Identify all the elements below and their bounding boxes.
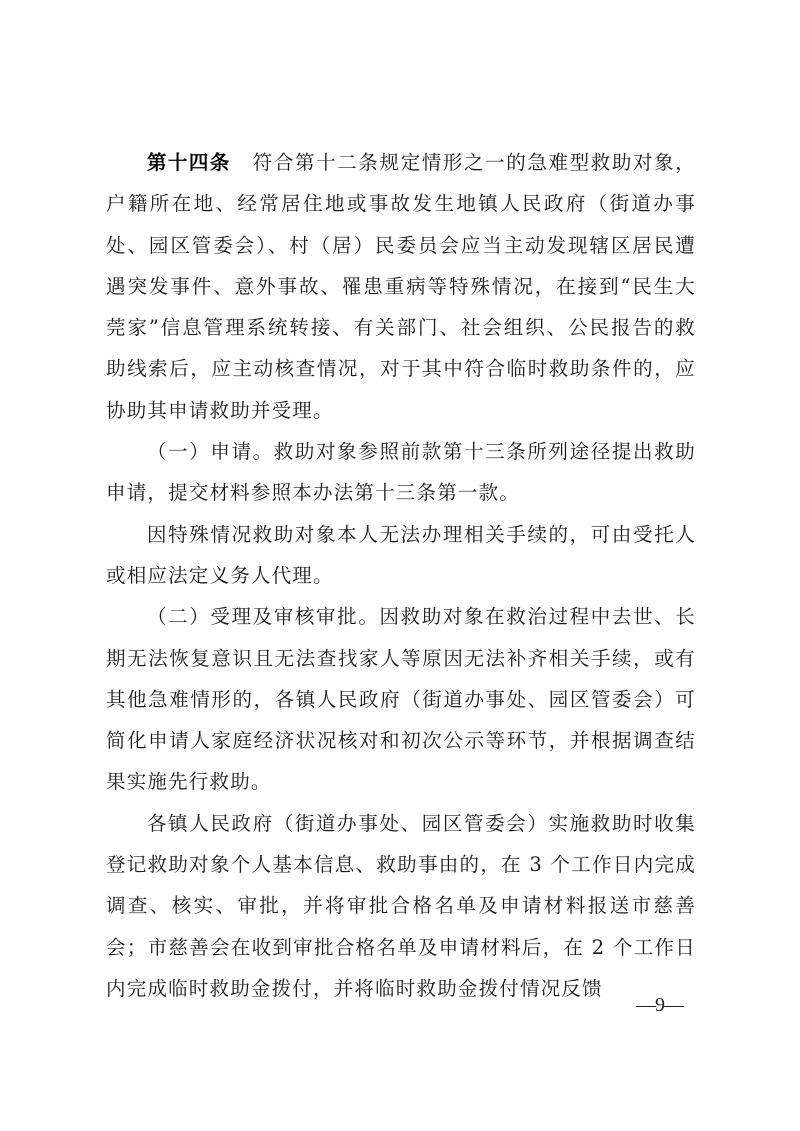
paragraph-review-approval: （二）受理及审核审批。因救助对象在救治过程中去世、长期无法恢复意识且无法查找家人… <box>106 596 696 802</box>
document-page: 第十四条符合第十二条规定情形之一的急难型救助对象，户籍所在地、经常居住地或事故发… <box>0 0 800 1131</box>
article-paragraph: 第十四条符合第十二条规定情形之一的急难型救助对象，户籍所在地、经常居住地或事故发… <box>106 142 696 431</box>
article-number: 第十四条 <box>147 151 231 174</box>
page-number: —9— <box>636 994 683 1017</box>
document-body: 第十四条符合第十二条规定情形之一的急难型救助对象，户籍所在地、经常居住地或事故发… <box>106 142 696 1009</box>
paragraph-implementation: 各镇人民政府（街道办事处、园区管委会）实施救助时收集登记救助对象个人基本信息、救… <box>106 803 696 1009</box>
paragraph-application: （一）申请。救助对象参照前款第十三条所列途径提出救助申请，提交材料参照本办法第十… <box>106 431 696 514</box>
article-text: 符合第十二条规定情形之一的急难型救助对象，户籍所在地、经常居住地或事故发生地镇人… <box>106 151 696 422</box>
paragraph-proxy: 因特殊情况救助对象本人无法办理相关手续的，可由受托人或相应法定义务人代理。 <box>106 514 696 597</box>
